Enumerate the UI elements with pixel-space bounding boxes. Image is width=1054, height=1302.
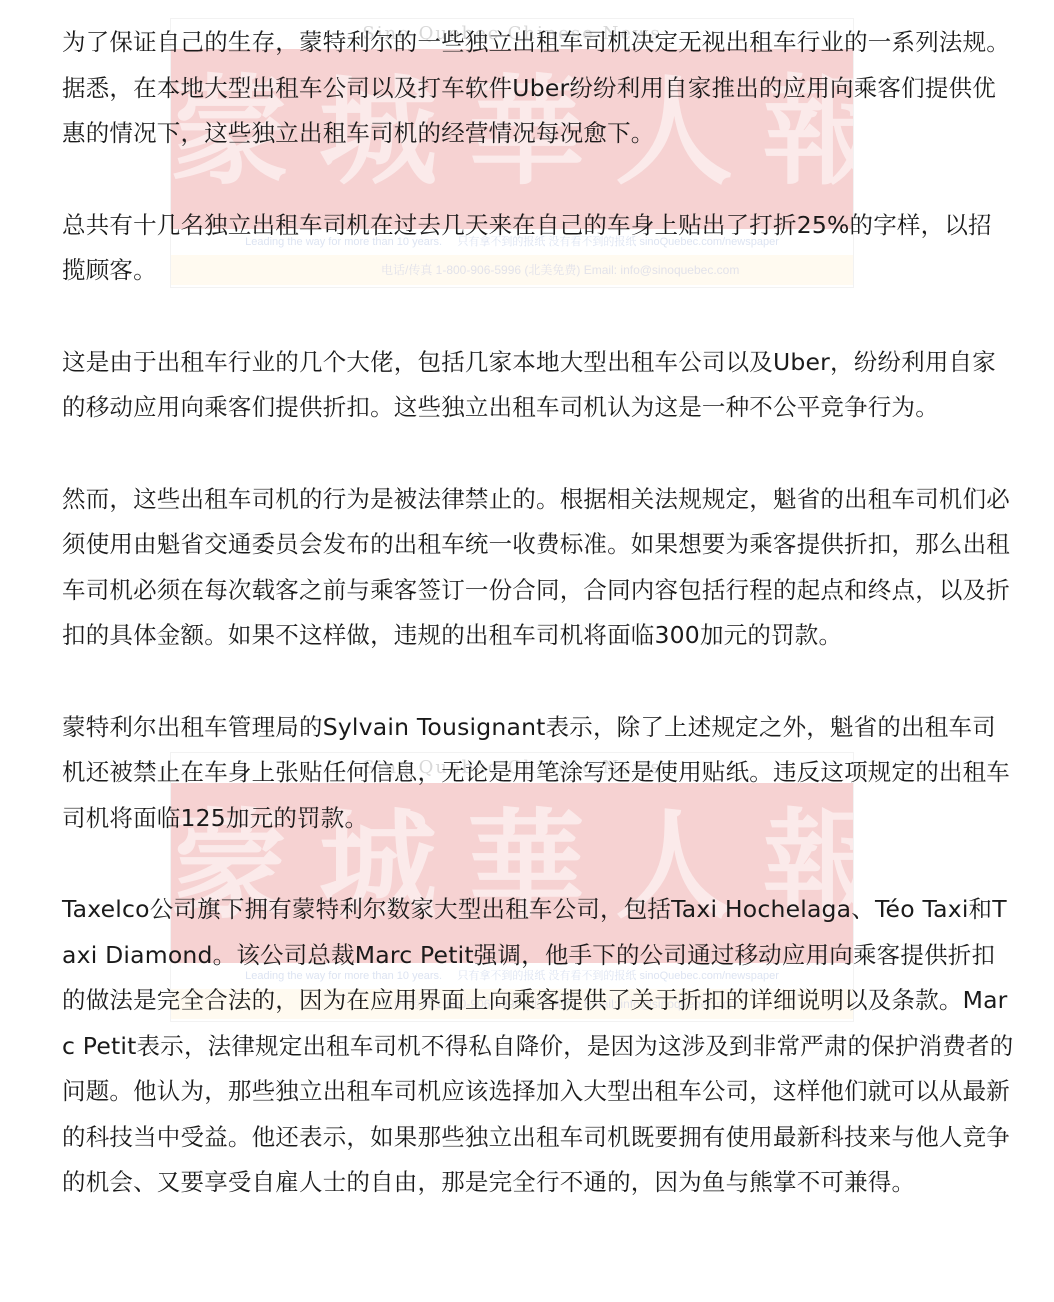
article-body: 为了保证自己的生存，蒙特利尔的一些独立出租车司机决定无视出租车行业的一系列法规。…: [0, 0, 1054, 1206]
article-paragraph: 然而，这些出租车司机的行为是被法律禁止的。根据相关法规规定，魁省的出租车司机们必…: [62, 477, 1014, 659]
article-paragraph: Taxelco公司旗下拥有蒙特利尔数家大型出租车公司，包括Taxi Hochel…: [62, 887, 1014, 1206]
article-paragraph: 总共有十几名独立出租车司机在过去几天来在自己的车身上贴出了打折25%的字样，以招…: [62, 203, 1014, 294]
article-paragraph: 这是由于出租车行业的几个大佬，包括几家本地大型出租车公司以及Uber，纷纷利用自…: [62, 340, 1014, 431]
article-paragraph: 为了保证自己的生存，蒙特利尔的一些独立出租车司机决定无视出租车行业的一系列法规。…: [62, 20, 1014, 157]
article-paragraph: 蒙特利尔出租车管理局的Sylvain Tousignant表示，除了上述规定之外…: [62, 705, 1014, 842]
